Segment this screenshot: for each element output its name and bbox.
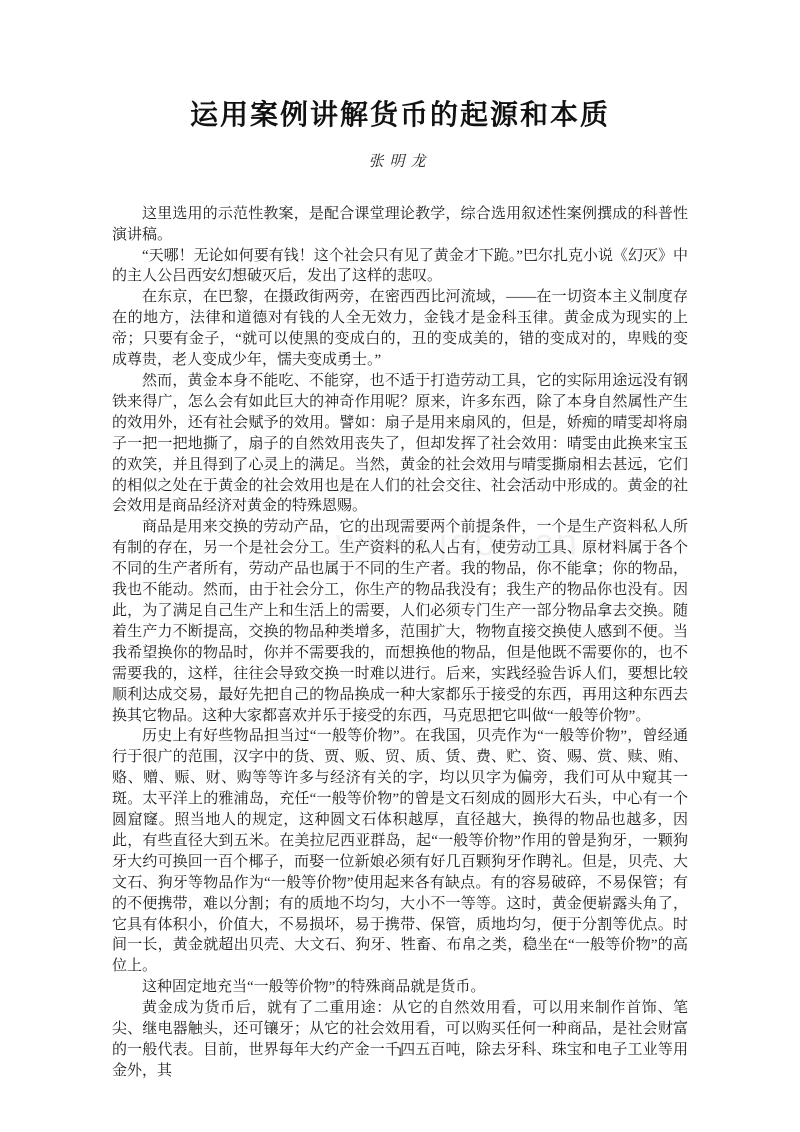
page-content: 运用案例讲解货币的起源和本质 张明龙 这里选用的示范性教案，是配合课堂理论教学，…	[112, 0, 688, 1082]
paragraph-balzac-quote: “天哪！无论如何要有钱！这个社会只有见了黄金才下跪。”巴尔扎克小说《幻灭》中的主…	[112, 246, 688, 288]
paragraph-money-definition: 这种固定地充当“一般等价物”的特殊商品就是货币。	[112, 977, 688, 998]
page-number: 1	[0, 1043, 800, 1061]
paragraph-gold-as-god: 在东京，在巴黎，在摄政街两旁，在密西西比河流域，——在一切资本主义制度存在的地方…	[112, 287, 688, 371]
author-byline: 张明龙	[112, 152, 688, 172]
paragraph-gold-dual-use: 黄金成为货币后，就有了二重用途：从它的自然效用看，可以用来制作首饰、笔尖、继电器…	[112, 998, 688, 1082]
document-page: www.jdoc.cn 运用案例讲解货币的起源和本质 张明龙 这里选用的示范性教…	[0, 0, 800, 1132]
body-text: 这里选用的示范性教案，是配合课堂理论教学，综合选用叙述性案例撰成的科普性演讲稿。…	[112, 204, 688, 1082]
paragraph-social-utility: 然而，黄金本身不能吃、不能穿，也不适于打造劳动工具，它的实际用途远没有钢铁来得广…	[112, 371, 688, 517]
paragraph-commodity-exchange: 商品是用来交换的劳动产品，它的出现需要两个前提条件，一个是生产资料私人所有制的存…	[112, 517, 688, 726]
page-title: 运用案例讲解货币的起源和本质	[112, 97, 688, 133]
paragraph-intro: 这里选用的示范性教案，是配合课堂理论教学，综合选用叙述性案例撰成的科普性演讲稿。	[112, 204, 688, 246]
paragraph-equivalent-history: 历史上有好些物品担当过“一般等价物”。在我国，贝壳作为“一般等价物”，曾经通行于…	[112, 726, 688, 977]
